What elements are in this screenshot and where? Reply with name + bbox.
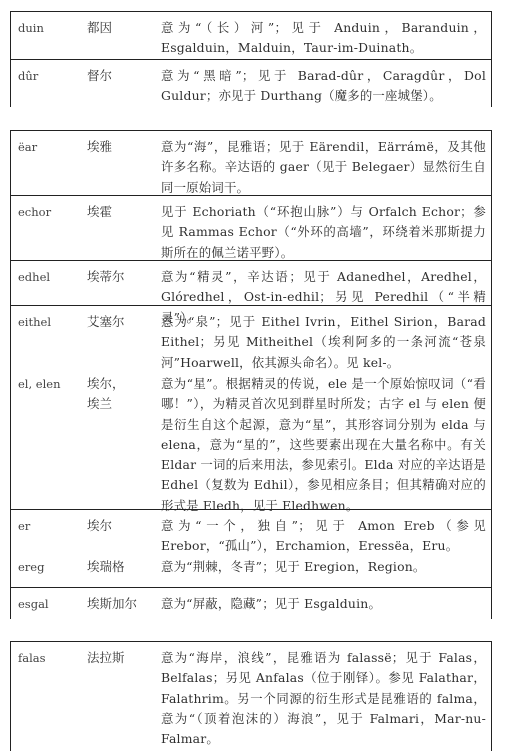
glossary-table-2: ëar 埃雅 意为“海”，昆雅语；见于 Eärendil，Eärrámë，及其他…: [10, 130, 492, 619]
term-cell: duin: [18, 18, 80, 38]
chinese-name-cell: 都因: [87, 18, 151, 38]
term-cell: dûr: [18, 66, 80, 86]
chinese-name-cell: 埃雅: [87, 137, 151, 157]
term-cell: ëar: [18, 137, 80, 157]
chinese-name-cell: 埃斯加尔: [87, 594, 151, 614]
term-cell: echor: [18, 202, 80, 222]
term-cell: er: [18, 516, 80, 536]
definition-cell: 意为“海岸，浪线”，昆雅语为 falassë；见于 Falas，Belfalas…: [161, 648, 486, 749]
term-cell: falas: [18, 648, 80, 668]
chinese-name-cell: 埃瑞格: [87, 557, 151, 577]
table-row: eithel 艾塞尔 意为“泉”；见于 Eithel Ivrin，Eithel …: [11, 305, 491, 367]
chinese-name-cell: 法拉斯: [87, 648, 151, 668]
table-row: falas 法拉斯 意为“海岸，浪线”，昆雅语为 falassë；见于 Fala…: [11, 642, 491, 751]
definition-cell: 见于 Echoriath（“环抱山脉”）与 Orfalch Echor；参见 R…: [161, 202, 486, 263]
definition-cell: 意为“泉”；见于 Eithel Ivrin，Eithel Sirion，Bara…: [161, 312, 486, 373]
table-row: er 埃尔 意为“一个，独自”；见于 Amon Ereb（参见 Erebor，“…: [11, 509, 491, 551]
table-row: echor 埃霍 见于 Echoriath（“环抱山脉”）与 Orfalch E…: [11, 195, 491, 261]
chinese-name-cell: 埃尔: [87, 516, 151, 536]
term-cell: edhel: [18, 267, 80, 287]
term-cell: el, elen: [18, 374, 80, 394]
table-row: edhel 埃蒂尔 意为“精灵”，辛达语；见于 Adanedhel，Aredhe…: [11, 260, 491, 306]
glossary-table-1: duin 都因 意为“（长）河”；见于 Anduin，Baranduin，Esg…: [10, 11, 492, 107]
definition-cell: 意为“荆棘，冬青”；见于 Eregion，Region。: [161, 557, 486, 577]
term-cell: ereg: [18, 557, 80, 577]
table-row: ëar 埃雅 意为“海”，昆雅语；见于 Eärendil，Eärrámë，及其他…: [11, 131, 491, 196]
chinese-name-cell: 埃蒂尔: [87, 267, 151, 287]
table-row: esgal 埃斯加尔 意为“屏蔽，隐藏”；见于 Esgalduin。: [11, 587, 491, 620]
term-cell: esgal: [18, 594, 80, 614]
definition-cell: 意为“海”，昆雅语；见于 Eärendil，Eärrámë，及其他许多名称。辛达…: [161, 137, 486, 198]
table-row: dûr 督尔 意为“黑暗”；见于 Barad-dûr，Caragdûr，Dol …: [11, 59, 491, 107]
definition-cell: 意为“黑暗”；见于 Barad-dûr，Caragdûr，Dol Guldur；…: [161, 66, 486, 107]
chinese-name-cell: 督尔: [87, 66, 151, 86]
definition-cell: 意为“屏蔽，隐藏”；见于 Esgalduin。: [161, 594, 486, 614]
chinese-name-cell: 埃尔，埃兰: [87, 374, 131, 415]
glossary-table-3: falas 法拉斯 意为“海岸，浪线”，昆雅语为 falassë；见于 Fala…: [10, 641, 492, 751]
chinese-name-cell: 艾塞尔: [87, 312, 151, 332]
definition-cell: 意为“星”。根据精灵的传说，ele 是一个原始惊叹词（“看哪！”），为精灵首次见…: [161, 374, 486, 516]
definition-cell: 意为“（长）河”；见于 Anduin，Baranduin，Esgalduin，M…: [161, 18, 486, 59]
chinese-name-cell: 埃霍: [87, 202, 151, 222]
table-row: el, elen 埃尔，埃兰 意为“星”。根据精灵的传说，ele 是一个原始惊叹…: [11, 368, 491, 510]
term-cell: eithel: [18, 312, 80, 332]
table-row: duin 都因 意为“（长）河”；见于 Anduin，Baranduin，Esg…: [11, 12, 491, 60]
table-row: ereg 埃瑞格 意为“荆棘，冬青”；见于 Eregion，Region。: [11, 551, 491, 588]
